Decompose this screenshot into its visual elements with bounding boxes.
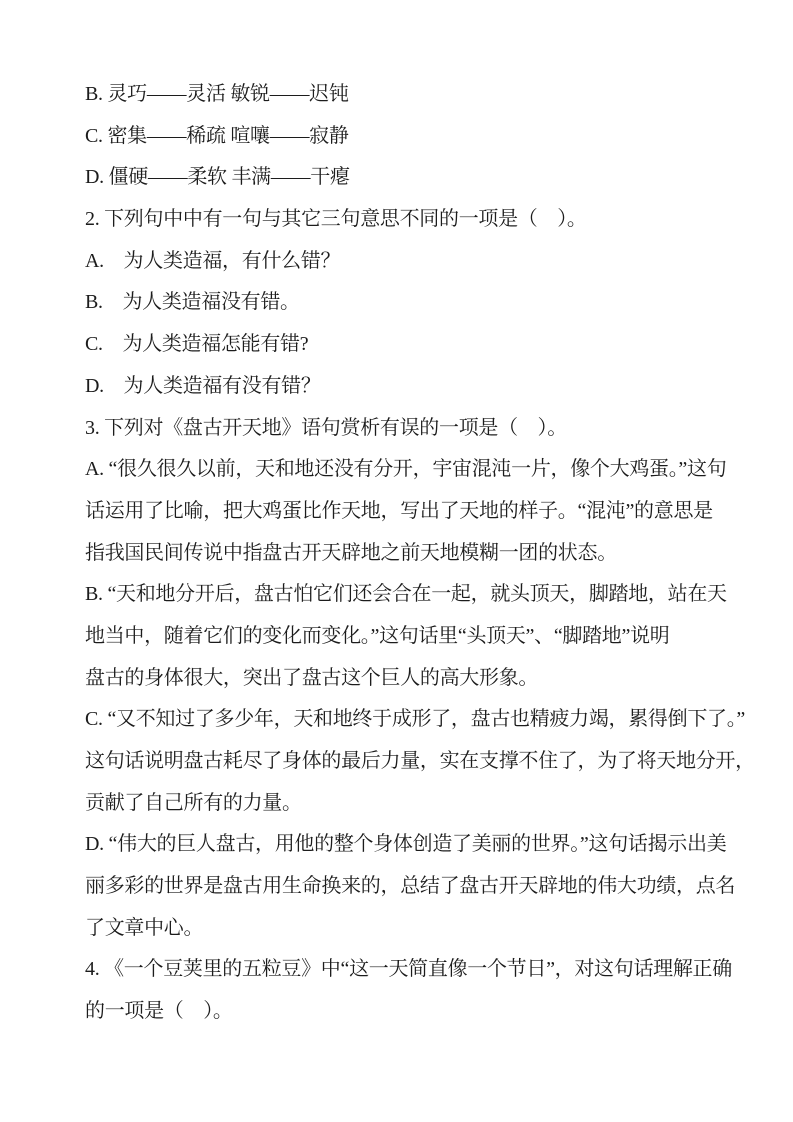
q2-option-d: D. 为人类造福有没有错？ — [85, 366, 730, 408]
q3-option-d-line-2: 丽多彩的世界是盘古用生命换来的，总结了盘古开天辟地的伟大功绩，点名 — [85, 866, 730, 908]
q3-option-b-line-1: B. “天和地分开后，盘古怕它们还会合在一起，就头顶天，脚踏地，站在天 — [85, 574, 730, 616]
q2-stem: 2. 下列句中中有一句与其它三句意思不同的一项是（ ）。 — [85, 199, 730, 241]
q3-option-d-line-3: 了文章中心。 — [85, 908, 730, 950]
q4-stem-line-1: 4. 《一个豆荚里的五粒豆》中“这一天简直像一个节日”，对这句话理解正确 — [85, 949, 730, 991]
q2-option-b: B. 为人类造福没有错。 — [85, 282, 730, 324]
q3-option-a-line-2: 话运用了比喻，把大鸡蛋比作天地，写出了天地的样子。“混沌”的意思是 — [85, 491, 730, 533]
q4-stem-line-2: 的一项是（ ）。 — [85, 991, 730, 1033]
q1-option-b: B. 灵巧——灵活 敏锐——迟钝 — [85, 74, 730, 116]
q1-option-d: D. 僵硬——柔软 丰满——干瘪 — [85, 157, 730, 199]
q3-option-c-line-3: 贡献了自己所有的力量。 — [85, 783, 730, 825]
q2-option-a: A. 为人类造福，有什么错？ — [85, 241, 730, 283]
exam-text-block: B. 灵巧——灵活 敏锐——迟钝 C. 密集——稀疏 喧嚷——寂静 D. 僵硬—… — [85, 74, 730, 1033]
q3-option-d-line-1: D. “伟大的巨人盘古，用他的整个身体创造了美丽的世界。”这句话揭示出美 — [85, 824, 730, 866]
q2-option-c: C. 为人类造福怎能有错? — [85, 324, 730, 366]
q3-option-b-line-3: 盘古的身体很大，突出了盘古这个巨人的高大形象。 — [85, 658, 730, 700]
exam-document-page: B. 灵巧——灵活 敏锐——迟钝 C. 密集——稀疏 喧嚷——寂静 D. 僵硬—… — [0, 0, 793, 1122]
q3-option-a-line-1: A. “很久很久以前，天和地还没有分开，宇宙混沌一片，像个大鸡蛋。”这句 — [85, 449, 730, 491]
q1-option-c: C. 密集——稀疏 喧嚷——寂静 — [85, 116, 730, 158]
q3-option-a-line-3: 指我国民间传说中指盘古开天辟地之前天地模糊一团的状态。 — [85, 533, 730, 575]
q3-option-b-line-2: 地当中，随着它们的变化而变化。”这句话里“头顶天”、“脚踏地”说明 — [85, 616, 730, 658]
q3-stem: 3. 下列对《盘古开天地》语句赏析有误的一项是（ ）。 — [85, 408, 730, 450]
q3-option-c-line-2: 这句话说明盘古耗尽了身体的最后力量，实在支撑不住了，为了将天地分开， — [85, 741, 730, 783]
q3-option-c-line-1: C. “又不知过了多少年，天和地终于成形了，盘古也精疲力竭，累得倒下了。” — [85, 699, 730, 741]
